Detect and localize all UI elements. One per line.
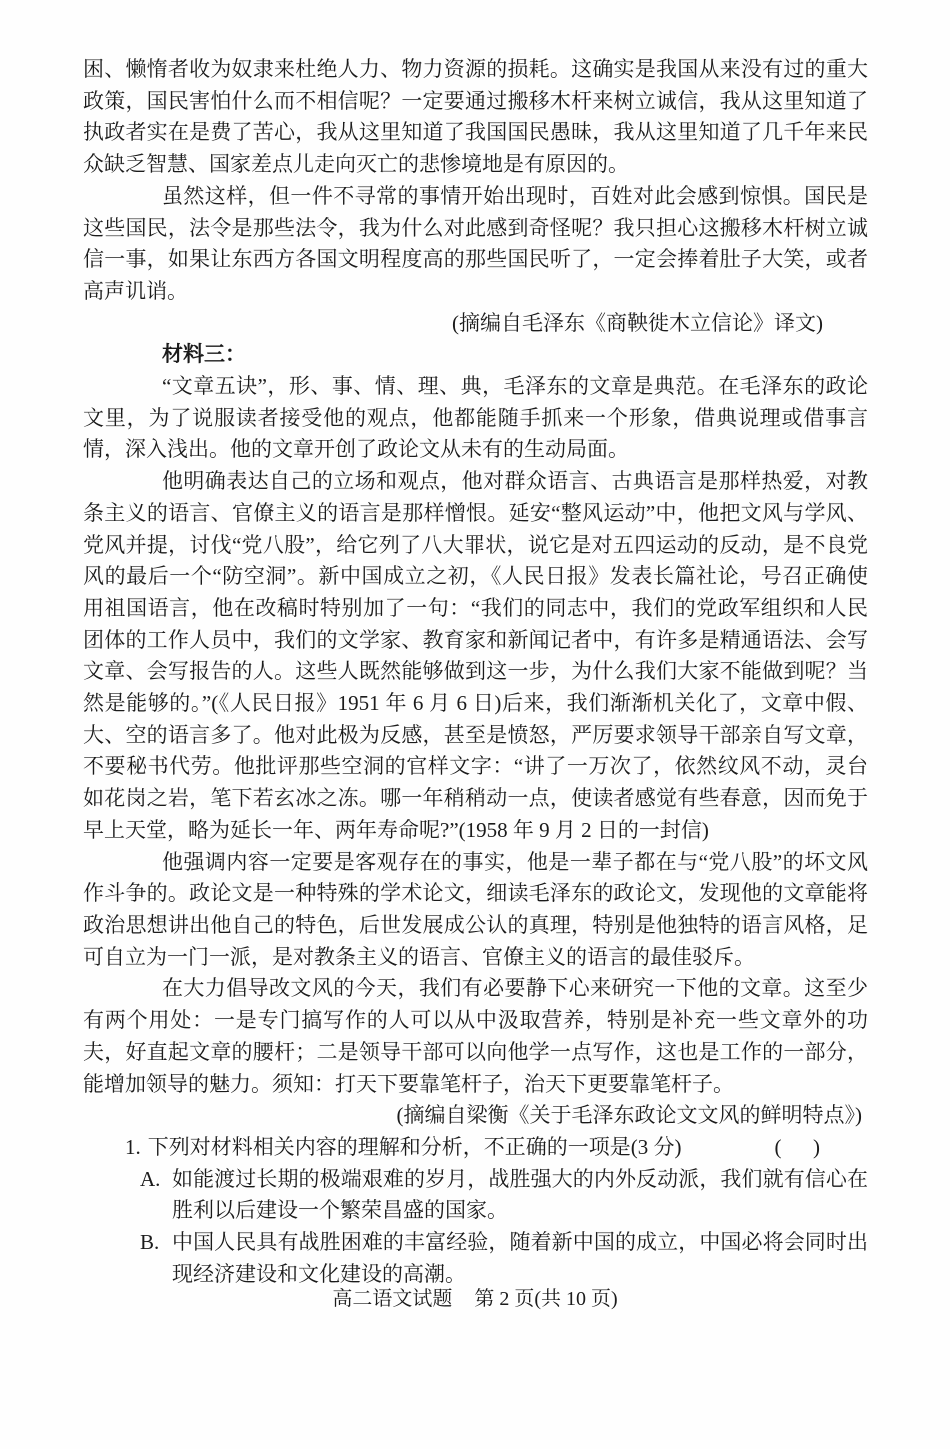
footer-doc-title: 高二语文试题 <box>332 1288 452 1310</box>
option-b: B. 中国人民具有战胜困难的丰富经验，随着新中国的成立，中国必将会同时出现经济建… <box>83 1227 868 1290</box>
question-1: 1.下列对材料相关内容的理解和分析，不正确的一项是(3 分) ( ) A. 如能… <box>83 1132 868 1291</box>
option-a-label: A. <box>140 1164 172 1227</box>
material-three-heading: 材料三： <box>83 339 868 371</box>
material-three-paragraph: 在大力倡导改文风的今天，我们有必要静下心来研究一下他的文章。这至少有两个用处：一… <box>83 973 868 1100</box>
page-content: 困、懒惰者收为奴隶来杜绝人力、物力资源的损耗。这确实是我国从来没有过的重大政策，… <box>83 54 868 1290</box>
material-three-paragraph: 他明确表达自己的立场和观点，他对群众语言、古典语言是那样热爱，对教条主义的语言、… <box>83 466 868 846</box>
option-b-label: B. <box>140 1227 172 1290</box>
answer-brackets: ( ) <box>775 1132 821 1164</box>
option-a-text: 如能渡过长期的极端艰难的岁月，战胜强大的内外反动派，我们就有信心在胜利以后建设一… <box>172 1164 868 1227</box>
option-a: A. 如能渡过长期的极端艰难的岁月，战胜强大的内外反动派，我们就有信心在胜利以后… <box>83 1164 868 1227</box>
passage-paragraph: 虽然这样，但一件不寻常的事情开始出现时，百姓对此会感到惊惧。国民是这些国民，法令… <box>83 181 868 308</box>
question-1-stem-row: 1.下列对材料相关内容的理解和分析，不正确的一项是(3 分) ( ) <box>83 1132 868 1164</box>
page-footer: 高二语文试题第 2 页(共 10 页) <box>0 1286 950 1312</box>
passage-paragraph-continued: 困、懒惰者收为奴隶来杜绝人力、物力资源的损耗。这确实是我国从来没有过的重大政策，… <box>83 54 868 181</box>
citation-source-mao: (摘编自毛泽东《商鞅徙木立信论》译文) <box>83 308 868 340</box>
exam-document-page: 困、懒惰者收为奴隶来杜绝人力、物力资源的损耗。这确实是我国从来没有过的重大政策，… <box>0 0 950 1449</box>
citation-source-liangheng: (摘编自梁衡《关于毛泽东政论文文风的鲜明特点》) <box>83 1100 868 1132</box>
material-three-paragraph: 他强调内容一定要是客观存在的事实，他是一辈子都在与“党八股”的坏文风作斗争的。政… <box>83 847 868 974</box>
question-1-stem: 下列对材料相关内容的理解和分析，不正确的一项是(3 分) <box>148 1135 682 1159</box>
option-b-text: 中国人民具有战胜困难的丰富经验，随着新中国的成立，中国必将会同时出现经济建设和文… <box>172 1227 868 1290</box>
footer-page-info: 第 2 页(共 10 页) <box>474 1288 617 1310</box>
material-three-paragraph: “文章五诀”，形、事、情、理、典，毛泽东的文章是典范。在毛泽东的政论文里，为了说… <box>83 371 868 466</box>
question-1-number: 1. <box>125 1135 141 1159</box>
